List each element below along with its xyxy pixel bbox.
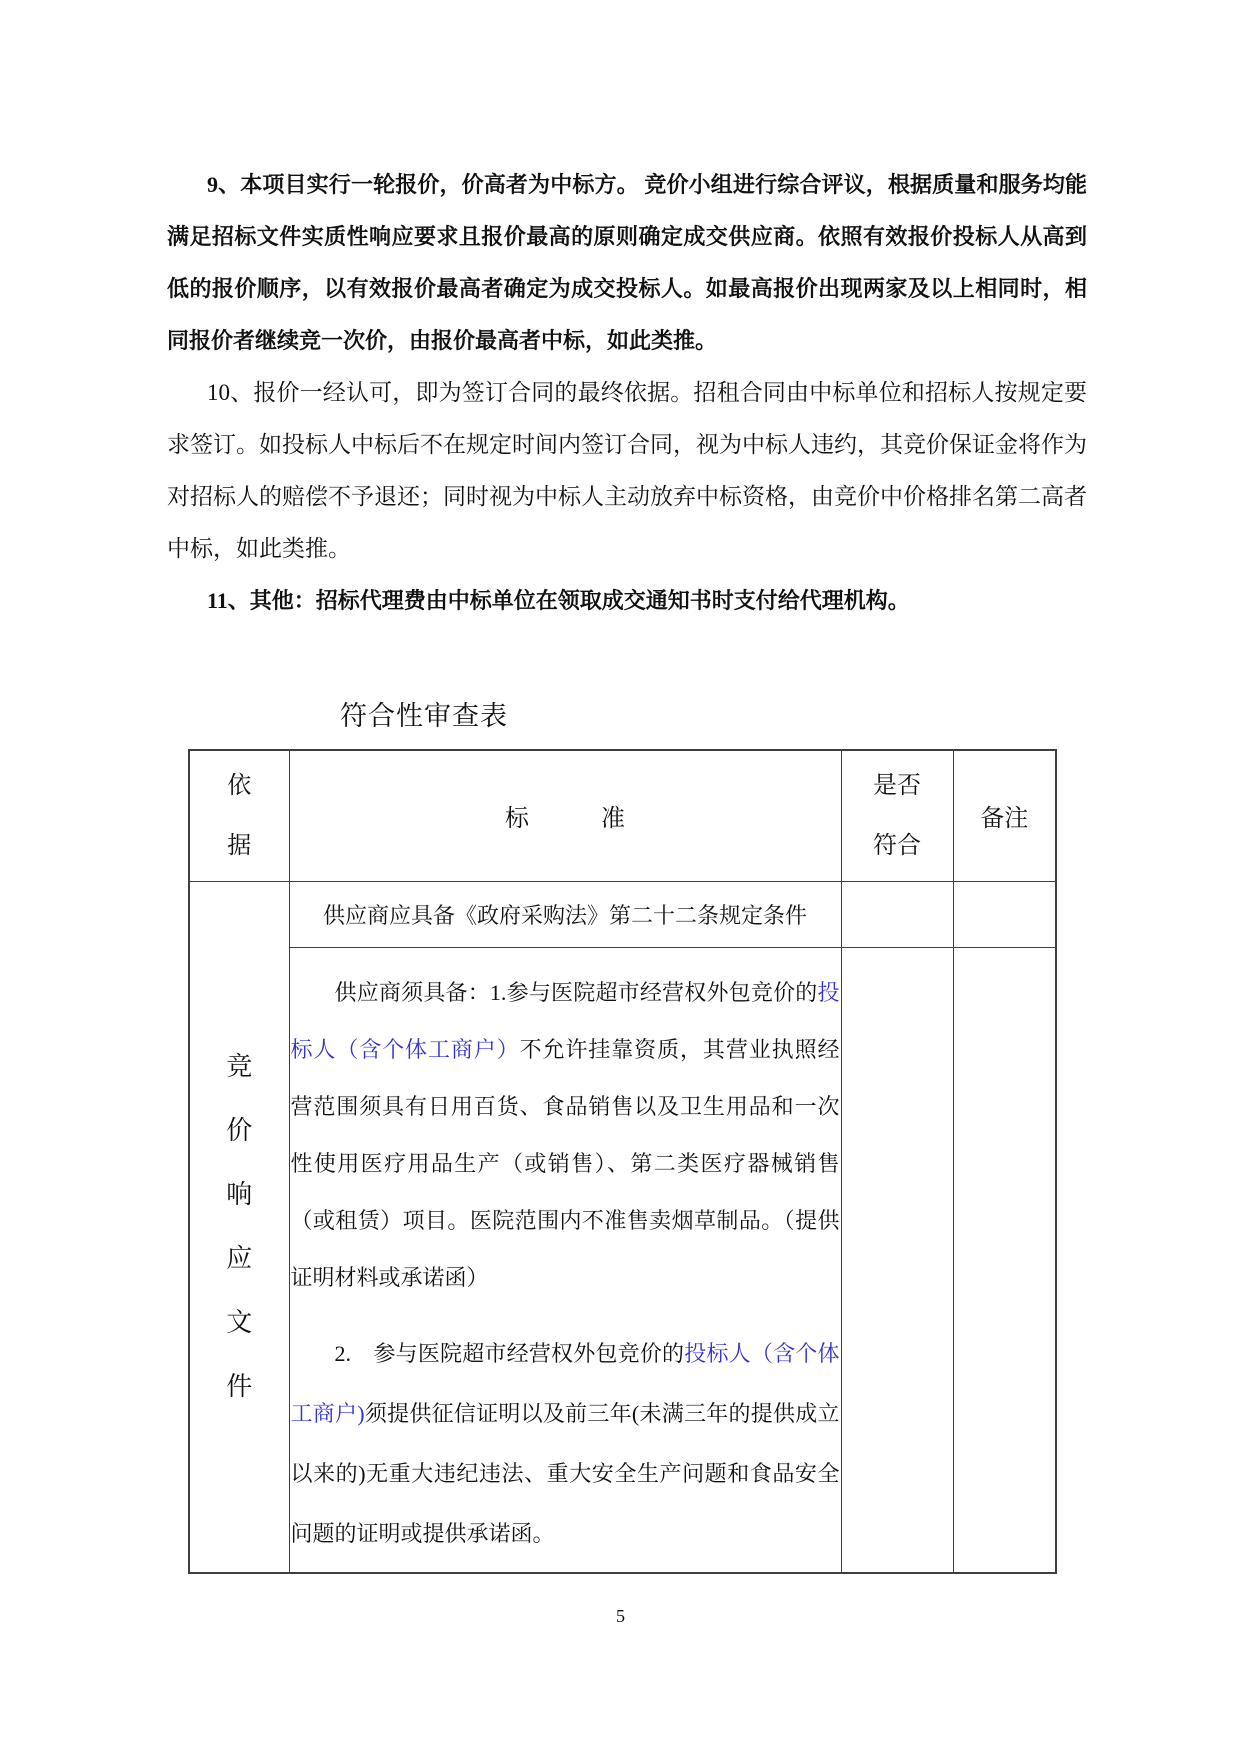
- paragraph-10: 10、报价一经认可，即为签订合同的最终依据。招租合同由中标单位和招标人按规定要求…: [167, 367, 1087, 575]
- paragraph-9: 9、本项目实行一轮报价，价高者为中标方。 竞价小组进行综合评议，根据质量和服务均…: [167, 159, 1087, 367]
- header-compliant-line1: 是否: [873, 774, 921, 798]
- compliant-cell-row2: [841, 947, 953, 1573]
- basis-char-3: 响: [226, 1182, 252, 1208]
- basis-char-5: 文: [226, 1310, 252, 1336]
- table-title: 符合性审查表: [340, 694, 508, 733]
- header-remarks-label: 备注: [954, 798, 1056, 833]
- header-basis-line1: 依: [227, 774, 251, 798]
- page-number: 5: [0, 1606, 1241, 1627]
- header-standard-label: 标 准: [290, 798, 841, 833]
- basis-char-6: 件: [226, 1374, 252, 1400]
- header-standard: 标 准: [289, 750, 841, 881]
- compliance-review-table: 依 据 标 准 是否 符合 备注 竞 价: [188, 749, 1057, 1574]
- req1-text-a: 供应商须具备：1.参与医院超市经营权外包竞价的: [335, 980, 818, 1005]
- requirement-paragraph-2: 2. 参与医院超市经营权外包竞价的投标人（含个体工商户)须提供征信证明以及前三年…: [291, 1324, 840, 1564]
- body-text: 9、本项目实行一轮报价，价高者为中标方。 竞价小组进行综合评议，根据质量和服务均…: [167, 159, 1087, 627]
- basis-vertical-label: 竞 价 响 应 文 件: [190, 1054, 289, 1400]
- header-compliant: 是否 符合: [841, 750, 953, 881]
- standard-cell-row1: 供应商应具备《政府采购法》第二十二条规定条件: [289, 881, 841, 947]
- basis-cell: 竞 价 响 应 文 件: [189, 881, 289, 1573]
- standard-cell-row2: 供应商须具备：1.参与医院超市经营权外包竞价的投标人（含个体工商户）不允许挂靠资…: [289, 947, 841, 1573]
- header-remarks: 备注: [953, 750, 1056, 881]
- basis-char-2: 价: [226, 1118, 252, 1144]
- requirement-paragraph-1: 供应商须具备：1.参与医院超市经营权外包竞价的投标人（含个体工商户）不允许挂靠资…: [291, 964, 840, 1306]
- req1-text-b: 不允许挂靠资质，其营业执照经营范围须具有日用百货、食品销售以及卫生用品和一次性使…: [291, 1037, 840, 1290]
- header-basis: 依 据: [189, 750, 289, 881]
- paragraph-11: 11、其他：招标代理费由中标单位在领取成交通知书时支付给代理机构。: [167, 575, 1087, 627]
- table-row-1: 竞 价 响 应 文 件 供应商应具备《政府采购法》第二十二条规定条件: [189, 881, 1056, 947]
- basis-char-4: 应: [226, 1246, 252, 1272]
- compliant-cell-row1: [841, 881, 953, 947]
- table-header-row: 依 据 标 准 是否 符合 备注: [189, 750, 1056, 881]
- table-row-2: 供应商须具备：1.参与医院超市经营权外包竞价的投标人（含个体工商户）不允许挂靠资…: [189, 947, 1056, 1573]
- header-compliant-line2: 符合: [873, 834, 921, 858]
- req2-text-b: 须提供征信证明以及前三年(未满三年的提供成立以来的)无重大违纪违法、重大安全生产…: [291, 1401, 840, 1546]
- document-page: 9、本项目实行一轮报价，价高者为中标方。 竞价小组进行综合评议，根据质量和服务均…: [0, 0, 1241, 1755]
- remarks-cell-row1: [953, 881, 1056, 947]
- req2-text-a: 2. 参与医院超市经营权外包竞价的: [335, 1341, 685, 1366]
- remarks-cell-row2: [953, 947, 1056, 1573]
- basis-char-1: 竞: [226, 1054, 252, 1080]
- header-basis-line2: 据: [227, 834, 251, 858]
